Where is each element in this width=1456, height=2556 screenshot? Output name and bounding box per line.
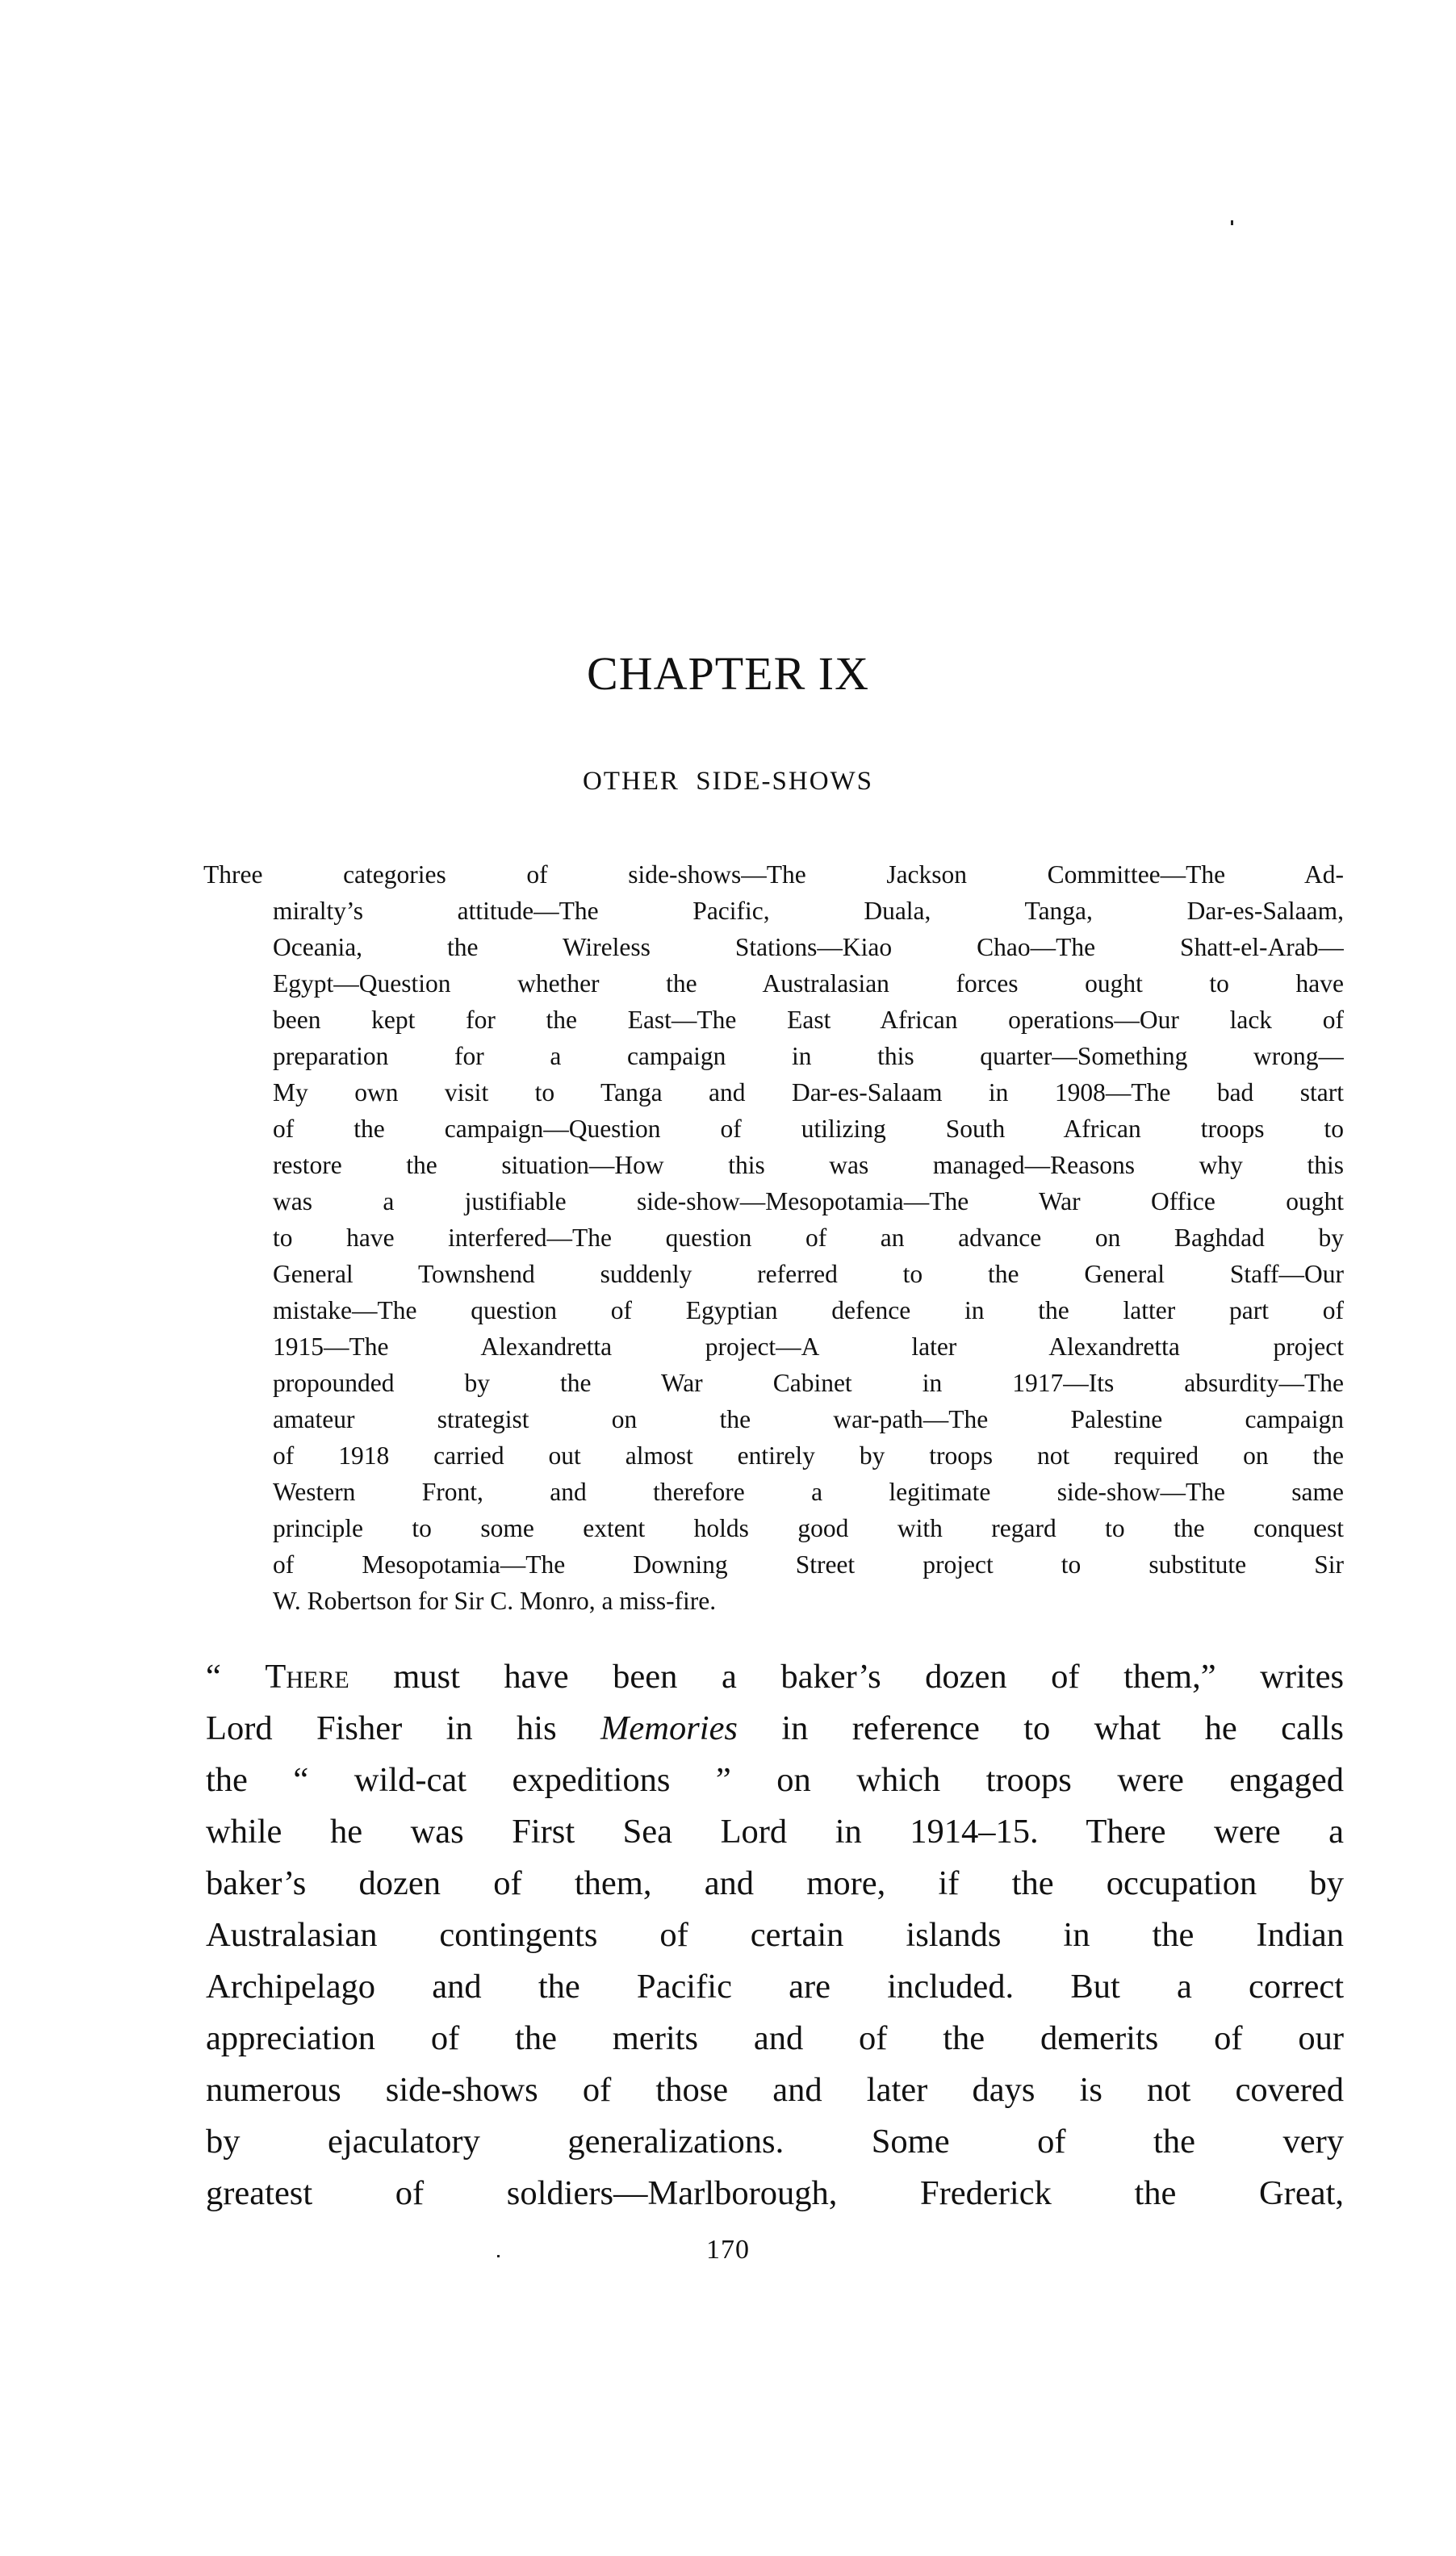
book-title-memories: Memories [600, 1709, 738, 1747]
opening-rest: must have been a baker’s dozen of them,”… [349, 1658, 1344, 1696]
body-line: by ejaculatory generalizations. Some of … [206, 2116, 1344, 2168]
body-line: greatest of soldiers—Marlborough, Freder… [206, 2168, 1344, 2219]
line-text: Lord Fisher in his [206, 1709, 600, 1747]
body-line: numerous side-shows of those and later d… [206, 2064, 1344, 2116]
body-line: baker’s dozen of them, and more, if the … [206, 1858, 1344, 1910]
body-line: the “ wild-cat expeditions ” on which tr… [206, 1755, 1344, 1806]
synopsis-line: mistake—The question of Egyptian defence… [273, 1292, 1344, 1328]
body-line: Archipelago and the Pacific are included… [206, 1961, 1344, 2013]
body-line: appreciation of the merits and of the de… [206, 2013, 1344, 2064]
synopsis-line: of Mesopotamia—The Downing Street projec… [273, 1546, 1344, 1583]
synopsis-line: propounded by the War Cabinet in 1917—It… [273, 1365, 1344, 1401]
synopsis-line: preparation for a campaign in this quart… [273, 1038, 1344, 1074]
body-line-opening: “ There must have been a baker’s dozen o… [206, 1651, 1344, 1703]
body-line: Lord Fisher in his Memories in reference… [206, 1703, 1344, 1755]
synopsis-line: restore the situation—How this was manag… [273, 1147, 1344, 1183]
synopsis-line: General Townshend suddenly referred to t… [273, 1256, 1344, 1292]
synopsis-line: miralty’s attitude—The Pacific, Duala, T… [273, 893, 1344, 929]
chapter-title: CHAPTER IX [0, 646, 1456, 702]
small-caps-lead-word: There [265, 1658, 349, 1696]
synopsis-line: of 1918 carried out almost entirely by t… [273, 1437, 1344, 1474]
synopsis-line: Three categories of side-shows—The Jacks… [203, 856, 1344, 893]
synopsis-line: Egypt—Question whether the Australasian … [273, 965, 1344, 1002]
scan-speck-top-right [1231, 220, 1233, 225]
book-page: CHAPTER IX OTHER SIDE-SHOWS Three catego… [0, 0, 1456, 2556]
body-line: Australasian contingents of certain isla… [206, 1910, 1344, 1961]
synopsis-line: Oceania, the Wireless Stations—Kiao Chao… [273, 929, 1344, 965]
synopsis-line: My own visit to Tanga and Dar-es-Salaam … [273, 1074, 1344, 1111]
synopsis-line: was a justifiable side-show—Mesopotamia—… [273, 1183, 1344, 1219]
synopsis-line: 1915—The Alexandretta project—A later Al… [273, 1328, 1344, 1365]
body-line: while he was First Sea Lord in 1914–15. … [206, 1806, 1344, 1858]
synopsis-line: W. Robertson for Sir C. Monro, a miss-fi… [273, 1583, 1344, 1619]
synopsis-line: amateur strategist on the war-path—The P… [273, 1401, 1344, 1437]
chapter-subtitle: OTHER SIDE-SHOWS [0, 763, 1456, 799]
page-number: 170 [0, 2232, 1456, 2268]
synopsis-line: to have interfered—The question of an ad… [273, 1219, 1344, 1256]
synopsis-line: of the campaign—Question of utilizing So… [273, 1111, 1344, 1147]
synopsis-line: been kept for the East—The East African … [273, 1002, 1344, 1038]
synopsis-line: principle to some extent holds good with… [273, 1510, 1344, 1546]
synopsis-line: Western Front, and therefore a legitimat… [273, 1474, 1344, 1510]
line-text: in reference to what he calls [738, 1709, 1344, 1747]
open-quote: “ [206, 1658, 265, 1696]
